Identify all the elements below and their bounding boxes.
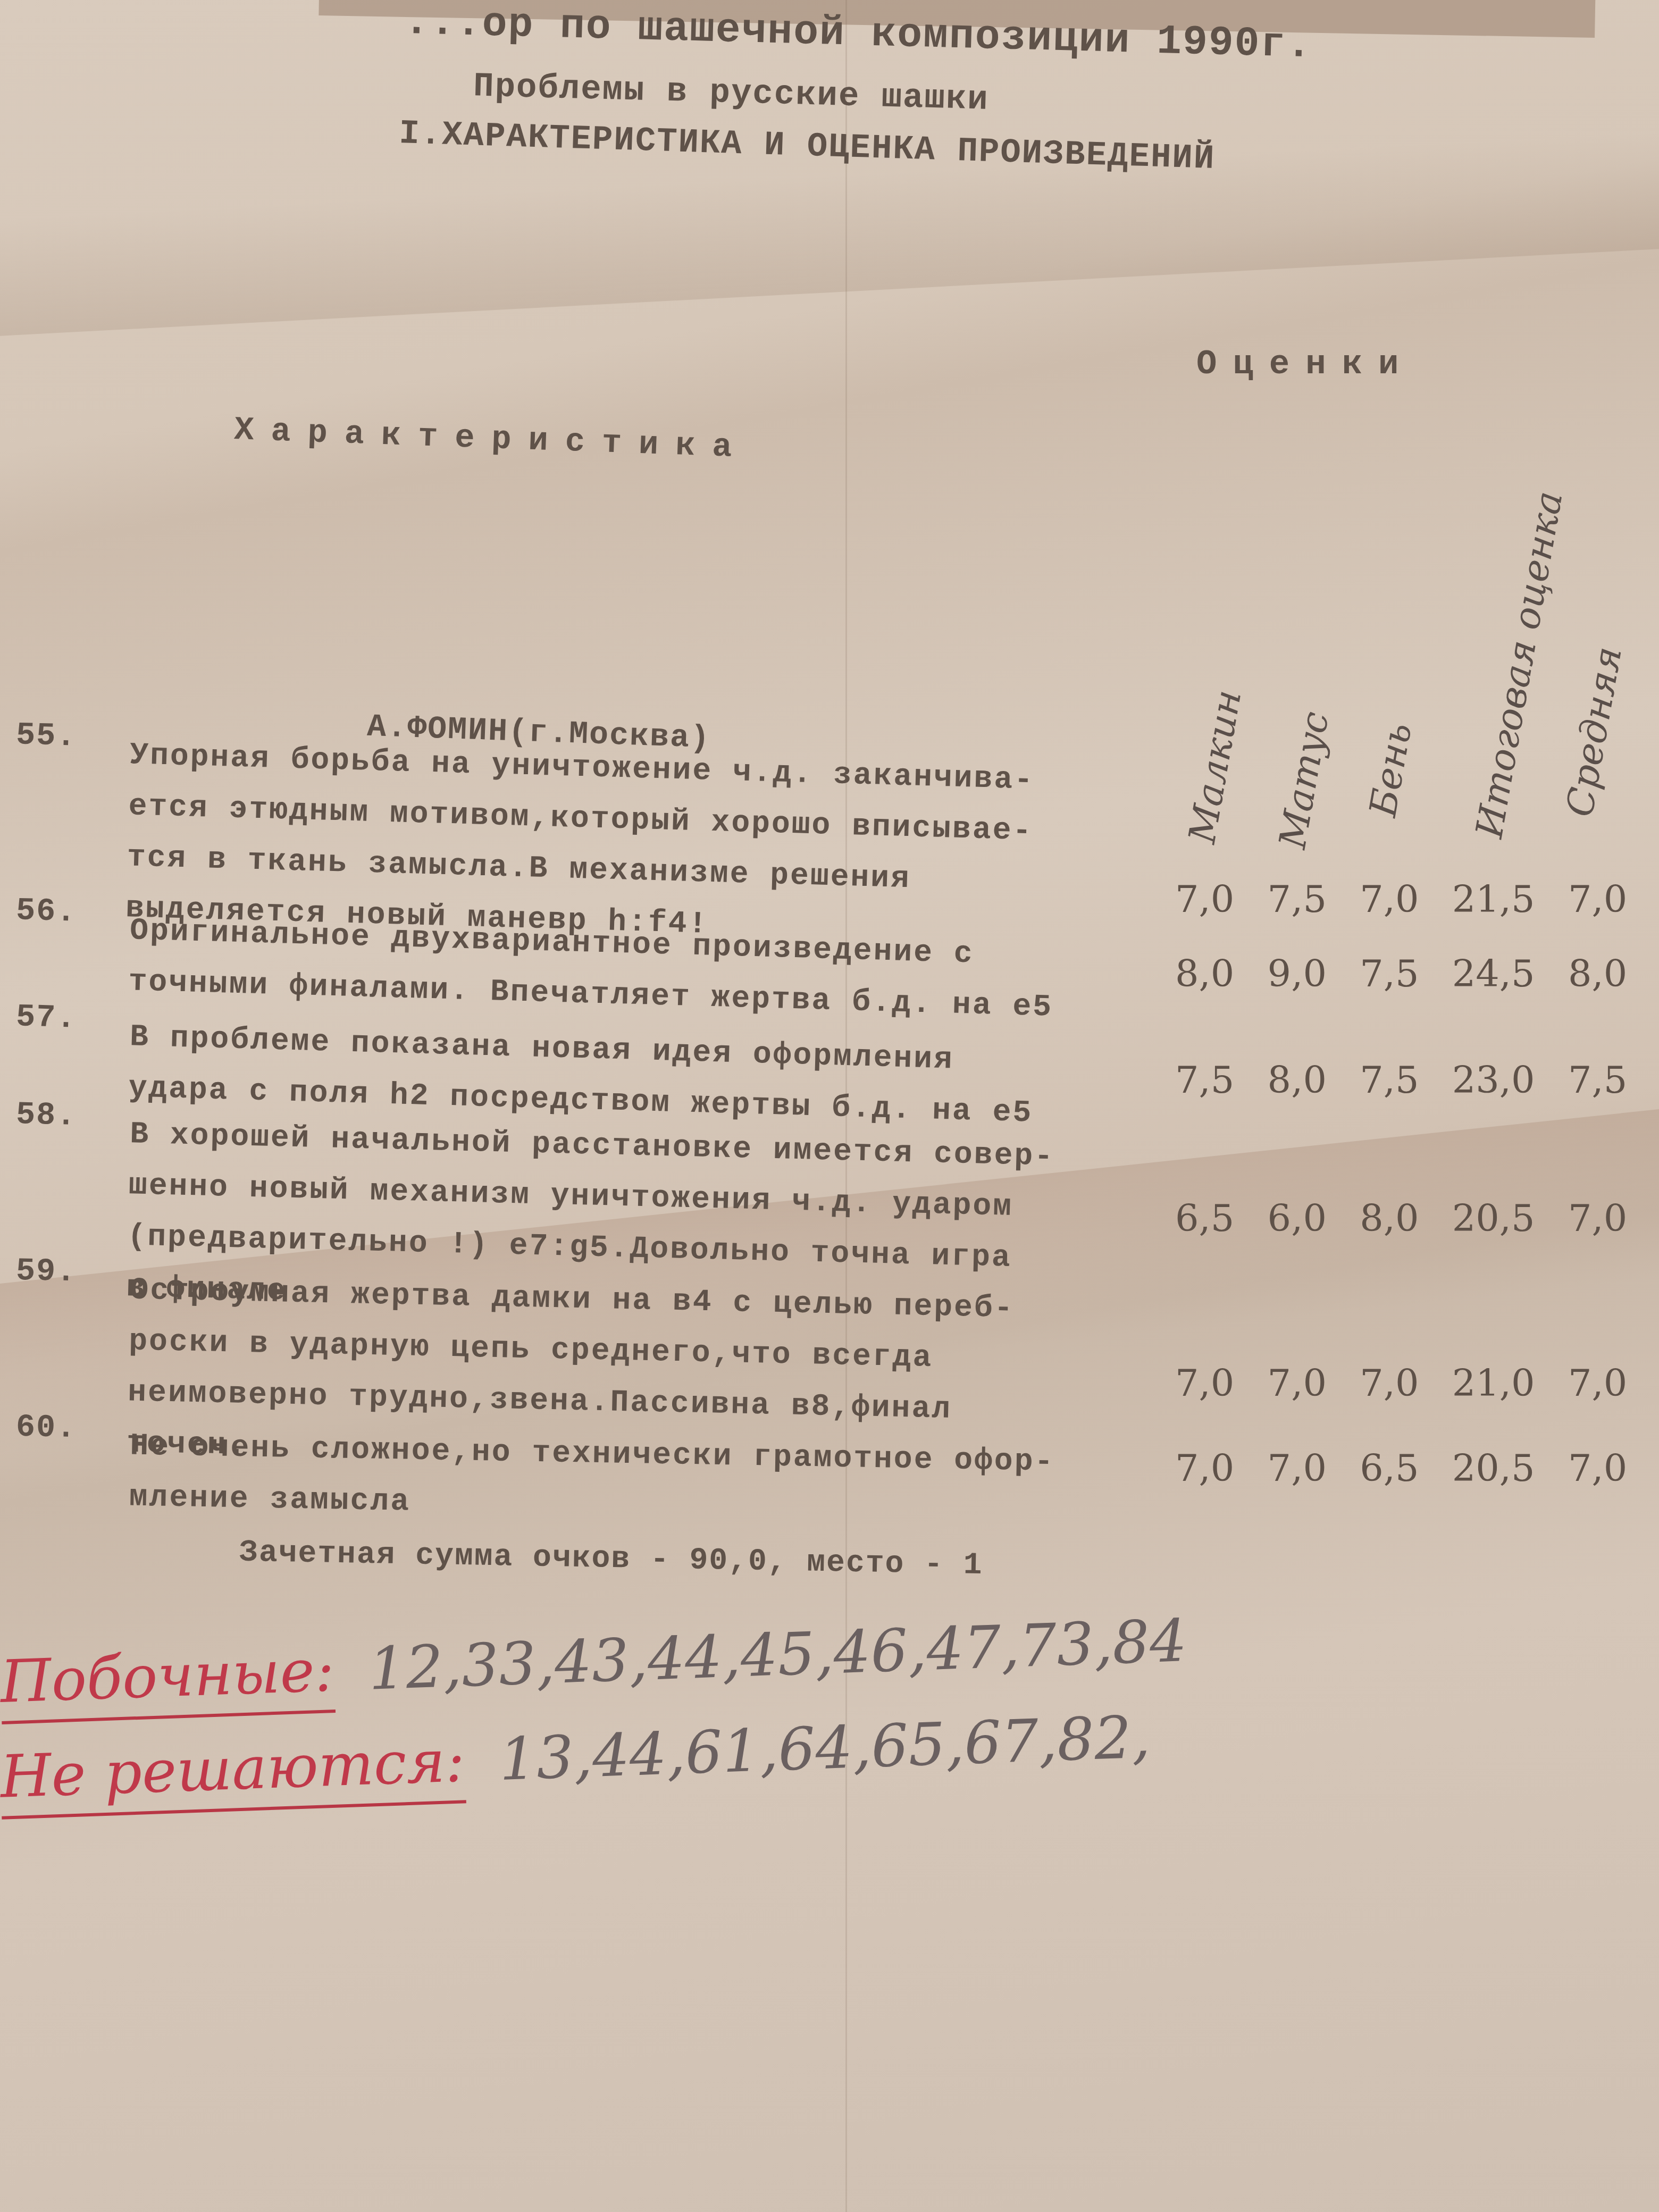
score-judge-2: 6,0 bbox=[1268, 1196, 1327, 1240]
score-total: 24,5 bbox=[1452, 952, 1535, 995]
unsolvable-label: Не решаются: bbox=[0, 1727, 466, 1819]
score-average: 7,0 bbox=[1568, 1446, 1627, 1490]
entry-number: 57. bbox=[15, 999, 77, 1037]
score-judge-1: 8,0 bbox=[1175, 952, 1234, 995]
score-judge-1: 7,0 bbox=[1175, 1361, 1234, 1405]
entry-text-line: В хорошей начальной расстановке имеется … bbox=[130, 1119, 1055, 1173]
score-average: 8,0 bbox=[1568, 952, 1627, 995]
score-judge-2: 9,0 bbox=[1268, 952, 1327, 995]
entry-text-line: шенно новый механизм уничтожения ч.д. уд… bbox=[128, 1170, 1053, 1224]
score-judge-2: 7,5 bbox=[1268, 877, 1327, 921]
score-judge-3: 7,0 bbox=[1360, 1361, 1419, 1405]
column-header-total: Итоговая оценка bbox=[1467, 488, 1571, 841]
entry-text-line: тся в ткань замысла.В механизме решения bbox=[127, 842, 1032, 899]
column-header-judge-3: Бень bbox=[1361, 719, 1420, 820]
score-judge-2: 7,0 bbox=[1268, 1361, 1327, 1405]
score-average: 7,5 bbox=[1568, 1058, 1627, 1102]
score-judge-2: 7,0 bbox=[1268, 1446, 1327, 1490]
score-row: 7,5 8,0 7,5 23,0 7,5 bbox=[1175, 1058, 1639, 1102]
column-header-judge-1: Малкин bbox=[1180, 686, 1250, 847]
score-row: 7,0 7,0 6,5 20,5 7,0 bbox=[1175, 1446, 1639, 1490]
column-header-judge-2: Матус bbox=[1270, 708, 1337, 852]
score-judge-3: 8,0 bbox=[1360, 1196, 1419, 1240]
section-title: I.ХАРАКТЕРИСТИКА И ОЦЕНКА ПРОИЗВЕДЕНИЙ bbox=[398, 115, 1216, 179]
score-row: 7,0 7,5 7,0 21,5 7,0 bbox=[1175, 877, 1639, 921]
entry-number: 59. bbox=[15, 1253, 77, 1291]
entry-text-line: Оригинальное двухвариантное произведение… bbox=[129, 915, 1054, 973]
score-average: 7,0 bbox=[1568, 1361, 1627, 1405]
document-subtitle: Проблемы в русские шашки bbox=[473, 68, 989, 119]
entry-text-line: Остроумная жертва дамки на в4 с целью пе… bbox=[130, 1275, 1015, 1325]
entry-text-line: Упорная борьба на уничтожение ч.д. закан… bbox=[129, 740, 1034, 797]
column-header-average: Средняя bbox=[1557, 643, 1630, 820]
entry-text-line: Не очень сложное,но технически грамотное… bbox=[130, 1431, 1055, 1479]
score-row: 7,0 7,0 7,0 21,0 7,0 bbox=[1175, 1361, 1639, 1405]
characteristics-heading: Характеристика bbox=[233, 411, 750, 467]
entry-text-line: мление замысла bbox=[129, 1482, 1054, 1530]
side-solutions-label: Побочные: bbox=[0, 1636, 336, 1724]
side-solutions-values: 12,33,43,44,45,46,47,73,84 bbox=[367, 1606, 1188, 1703]
score-total: 20,5 bbox=[1452, 1196, 1535, 1240]
entry-text-line: ется этюдным мотивом,который хорошо впис… bbox=[128, 791, 1033, 848]
score-total: 21,5 bbox=[1452, 877, 1535, 921]
entry-number: 56. bbox=[15, 893, 77, 931]
score-average: 7,0 bbox=[1568, 1196, 1627, 1240]
score-judge-3: 7,0 bbox=[1360, 877, 1419, 921]
entry-number: 58. bbox=[15, 1097, 77, 1135]
score-average: 7,0 bbox=[1568, 877, 1627, 921]
score-judge-3: 7,5 bbox=[1360, 1058, 1419, 1102]
entry-number: 60. bbox=[15, 1410, 77, 1447]
score-judge-2: 8,0 bbox=[1268, 1058, 1327, 1102]
score-judge-1: 6,5 bbox=[1175, 1196, 1234, 1240]
score-total: 20,5 bbox=[1452, 1446, 1535, 1490]
entry-text-line: В проблеме показана новая идея оформлени… bbox=[129, 1021, 1034, 1078]
score-total: 23,0 bbox=[1452, 1058, 1535, 1102]
score-judge-3: 6,5 bbox=[1360, 1446, 1419, 1490]
handwritten-side-solutions: Побочные: 12,33,43,44,45,46,47,73,84 bbox=[0, 1606, 1188, 1716]
unsolvable-values: 13,44,61,64,65,67,82, bbox=[498, 1703, 1151, 1794]
entry-text-line: роски в ударную цепь среднего,что всегда bbox=[129, 1326, 1013, 1376]
score-judge-1: 7,0 bbox=[1175, 1446, 1234, 1490]
score-total: 21,0 bbox=[1452, 1361, 1535, 1405]
score-judge-1: 7,5 bbox=[1175, 1058, 1234, 1102]
score-row: 6,5 6,0 8,0 20,5 7,0 bbox=[1175, 1196, 1639, 1240]
entry-number: 55. bbox=[15, 717, 77, 755]
scores-heading: Оценки bbox=[1196, 346, 1414, 384]
score-row: 8,0 9,0 7,5 24,5 8,0 bbox=[1175, 952, 1639, 995]
score-judge-1: 7,0 bbox=[1175, 877, 1234, 921]
handwritten-unsolvable: Не решаются: 13,44,61,64,65,67,82, bbox=[0, 1703, 1151, 1811]
score-judge-3: 7,5 bbox=[1360, 952, 1419, 995]
